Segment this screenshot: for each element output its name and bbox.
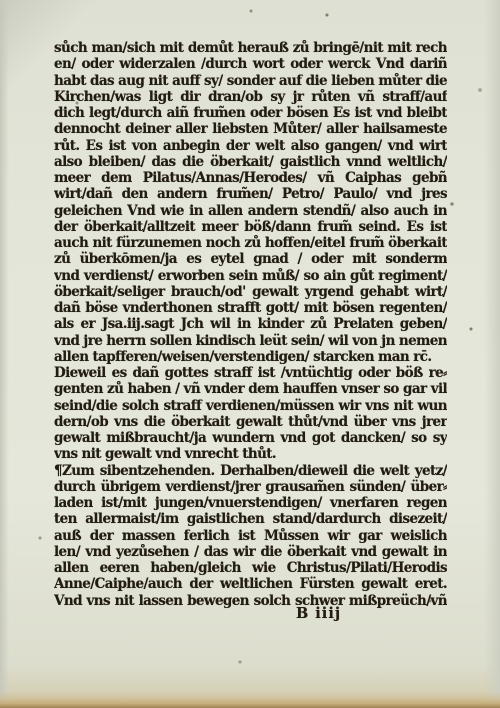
text-line: Vnd vns nit lassen bewegen solch schwer … bbox=[54, 593, 447, 609]
text-line: auch nit fürzunemen noch zů hoffen/eitel… bbox=[54, 235, 447, 251]
text-line: ten allermaist/im gaistlichen stand/dard… bbox=[54, 511, 447, 527]
text-line: dañ böse vnderthonen strafft gott/ mit b… bbox=[54, 300, 447, 316]
text-line: dennocht deiner aller liebsten Můter/ al… bbox=[54, 121, 447, 137]
text-line: seind/die solch straff verdienen/müssen … bbox=[54, 398, 447, 414]
text-line: durch übrigem verdienst/jrer grausam̃en … bbox=[54, 479, 447, 495]
text-line: sůch man/sich mit demůt herauß zů bringē… bbox=[54, 40, 447, 56]
text-line: Kirchen/was ligt dir dran/ob sy jr růten… bbox=[54, 89, 447, 105]
text-line: also bleiben/ das die öberkait/ gaistlic… bbox=[54, 154, 447, 170]
text-line: der öberkait/alltzeit meer böß/dann frum… bbox=[54, 219, 447, 235]
text-line: vnd verdienst/ erworben sein můß/ so ain… bbox=[54, 268, 447, 284]
signature-mark: B iiij bbox=[296, 605, 341, 622]
text-line: allen eeren haben/gleich wie Christus/Pi… bbox=[54, 560, 447, 576]
page-bottom-edge bbox=[0, 692, 500, 708]
text-line: öberkait/seliger brauch/od' gewalt yrgen… bbox=[54, 284, 447, 300]
text-line: dich legt/durch aiñ frum̃en oder bösen E… bbox=[54, 105, 447, 121]
text-line: len/ vnd yezůsehen / das wir die öberkai… bbox=[54, 544, 447, 560]
text-line: geleichen Vnd wie in allen andern stendñ… bbox=[54, 203, 447, 219]
text-line: meer dem Pilatus/Annas/Herodes/ vñ Caiph… bbox=[54, 170, 447, 186]
text-line: Anne/Caiphe/auch der weltlichen Fürsten … bbox=[54, 576, 447, 592]
text-line: gewalt mißbraucht/ja wundern vnd got dan… bbox=[54, 430, 447, 446]
text-line: allen tapfferen/weisen/verstendigen/ sta… bbox=[54, 349, 447, 365]
text-line: habt das aug nit auff sy/ sonder auf die… bbox=[54, 73, 447, 89]
text-block: sůch man/sich mit demůt herauß zů bringē… bbox=[54, 40, 447, 609]
text-line: vns nit gewalt vnd vnrecht thůt. bbox=[54, 446, 447, 462]
text-line: laden ist/mit jungen/vnuerstendigen/ vne… bbox=[54, 495, 447, 511]
text-line: genten zů haben / vñ vnder dem hauffen v… bbox=[54, 381, 447, 397]
text-line: dern/ob vns die öberkait gewalt thůt/vnd… bbox=[54, 414, 447, 430]
text-line: vnd jre herrn sollen kindisch leüt sein/… bbox=[54, 333, 447, 349]
signature-mark-label: B iiij bbox=[296, 605, 341, 622]
text-line: auß der massen ferlich ist Můssen wir ga… bbox=[54, 528, 447, 544]
text-line: wirt/dañ den andern frum̃en/ Petro/ Paul… bbox=[54, 186, 447, 202]
text-line: zů überkōmen/ja es eytel gnad / oder mit… bbox=[54, 251, 447, 267]
scanned-page: sůch man/sich mit demůt herauß zů bringē… bbox=[0, 0, 500, 708]
text-line: Dieweil es dañ gottes straff ist /vntüch… bbox=[54, 365, 447, 381]
text-line: als er Jsa.iij.sagt Jch wil in kinder zů… bbox=[54, 316, 447, 332]
text-line: en/ oder widerzalen /durch wort oder wer… bbox=[54, 56, 447, 72]
text-line: ¶Zum sibentzehenden. Derhalben/dieweil d… bbox=[54, 463, 447, 479]
text-line: růt. Es ist von anbegin der welt also ga… bbox=[54, 138, 447, 154]
